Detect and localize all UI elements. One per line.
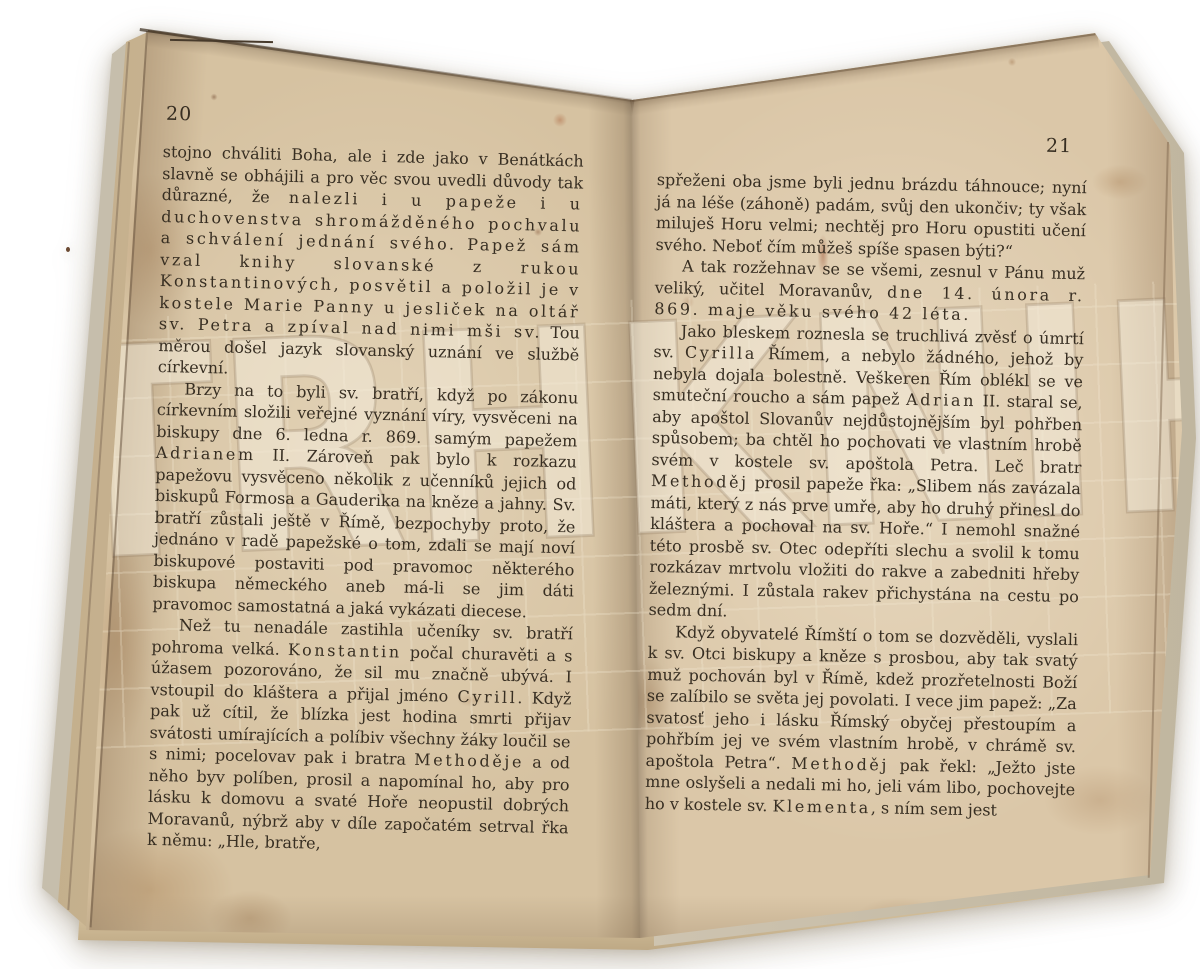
letterspaced-text: Konstantin	[288, 639, 402, 661]
letterspaced-text: Methoděje	[414, 750, 524, 771]
ink-speck	[66, 247, 70, 252]
paragraph: A tak rozžehnav se se všemi, zesnul v Pá…	[654, 255, 1085, 328]
open-book: TRHKNIH 20 21 stojno chváliti Boha, ale …	[0, 0, 1200, 969]
letterspaced-text: Cyrilla	[685, 343, 757, 363]
paragraph: Když obyvatelé Římští o tom se dozvěděli…	[645, 620, 1079, 822]
top-edge-shade-right	[630, 33, 1100, 120]
body-text: Brzy na to byli sv. bratří, když po záko…	[156, 379, 578, 450]
letterspaced-text: Methoděj	[651, 471, 749, 492]
paragraph: Jako bleskem roznesla se truchlivá zvěsť…	[648, 319, 1084, 628]
letterspaced-text: Adrian	[906, 390, 976, 410]
paragraph: Brzy na to byli sv. bratří, když po záko…	[152, 377, 578, 623]
body-text: Když obyvatelé Římští o tom se dozvěděli…	[645, 622, 1078, 772]
body-text: , s ním sem jest	[871, 798, 997, 819]
book-photo-page: { "watermark": {"text": "TRHKNIH", "colo…	[0, 0, 1200, 969]
letterspaced-text: Adrianem	[156, 443, 256, 464]
paragraph: spřeženi oba jsme byli jednu brázdu táhn…	[655, 169, 1087, 263]
page-number-left: 20	[166, 103, 193, 126]
right-page-text: spřeženi oba jsme byli jednu brázdu táhn…	[645, 169, 1087, 822]
body-text: prosil papeže řka: „Slibem nás zavázala …	[648, 473, 1081, 621]
letterspaced-text: Klementa	[772, 796, 871, 817]
paragraph: Než tu nenadále zastihla učeníky sv. bra…	[147, 614, 573, 860]
paragraph: stojno chváliti Boha, ale i zde jako v B…	[158, 141, 584, 387]
letterspaced-text: Methoděj	[791, 753, 889, 774]
left-page-text: stojno chváliti Boha, ale i zde jako v B…	[147, 141, 584, 860]
body-text: spřeženi oba jsme byli jednu brázdu táhn…	[655, 170, 1087, 260]
page-number-right: 21	[1046, 135, 1073, 157]
body-text: II. Zároveň pak bylo k rozkazu papežovu …	[152, 445, 577, 621]
letterspaced-text: Cyrill	[457, 686, 517, 706]
